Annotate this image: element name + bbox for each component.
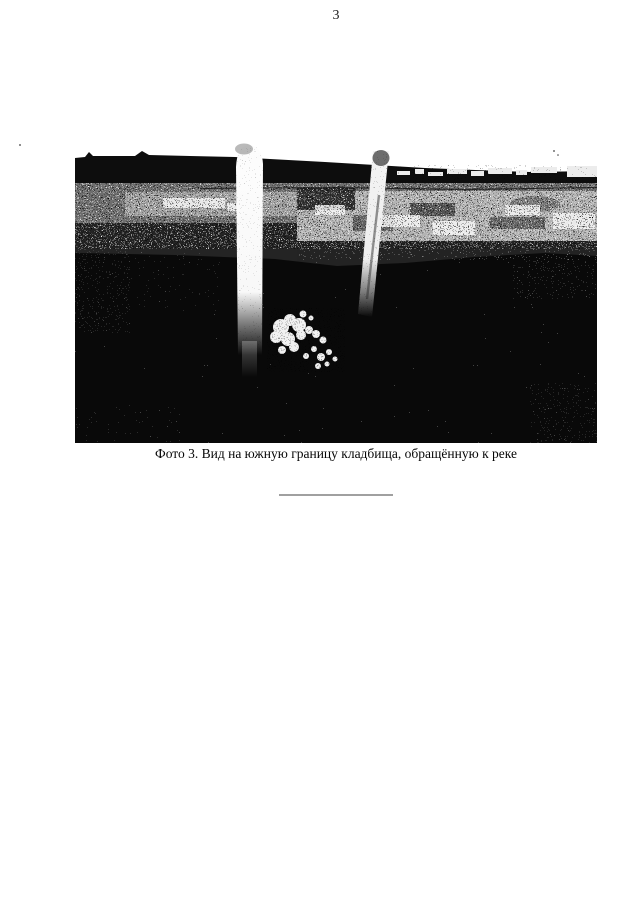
page-number: 3 xyxy=(75,9,597,23)
cemetery-photo xyxy=(75,143,597,443)
scan-artifact-dot xyxy=(19,144,21,146)
photo-caption: Фото 3. Вид на южную границу кладбища, о… xyxy=(75,446,597,461)
document-page: 3 xyxy=(0,0,640,905)
photo-figure: Фото 3. Вид на южную границу кладбища, о… xyxy=(75,143,597,496)
photo-flowers xyxy=(267,308,345,372)
section-divider xyxy=(279,494,393,496)
